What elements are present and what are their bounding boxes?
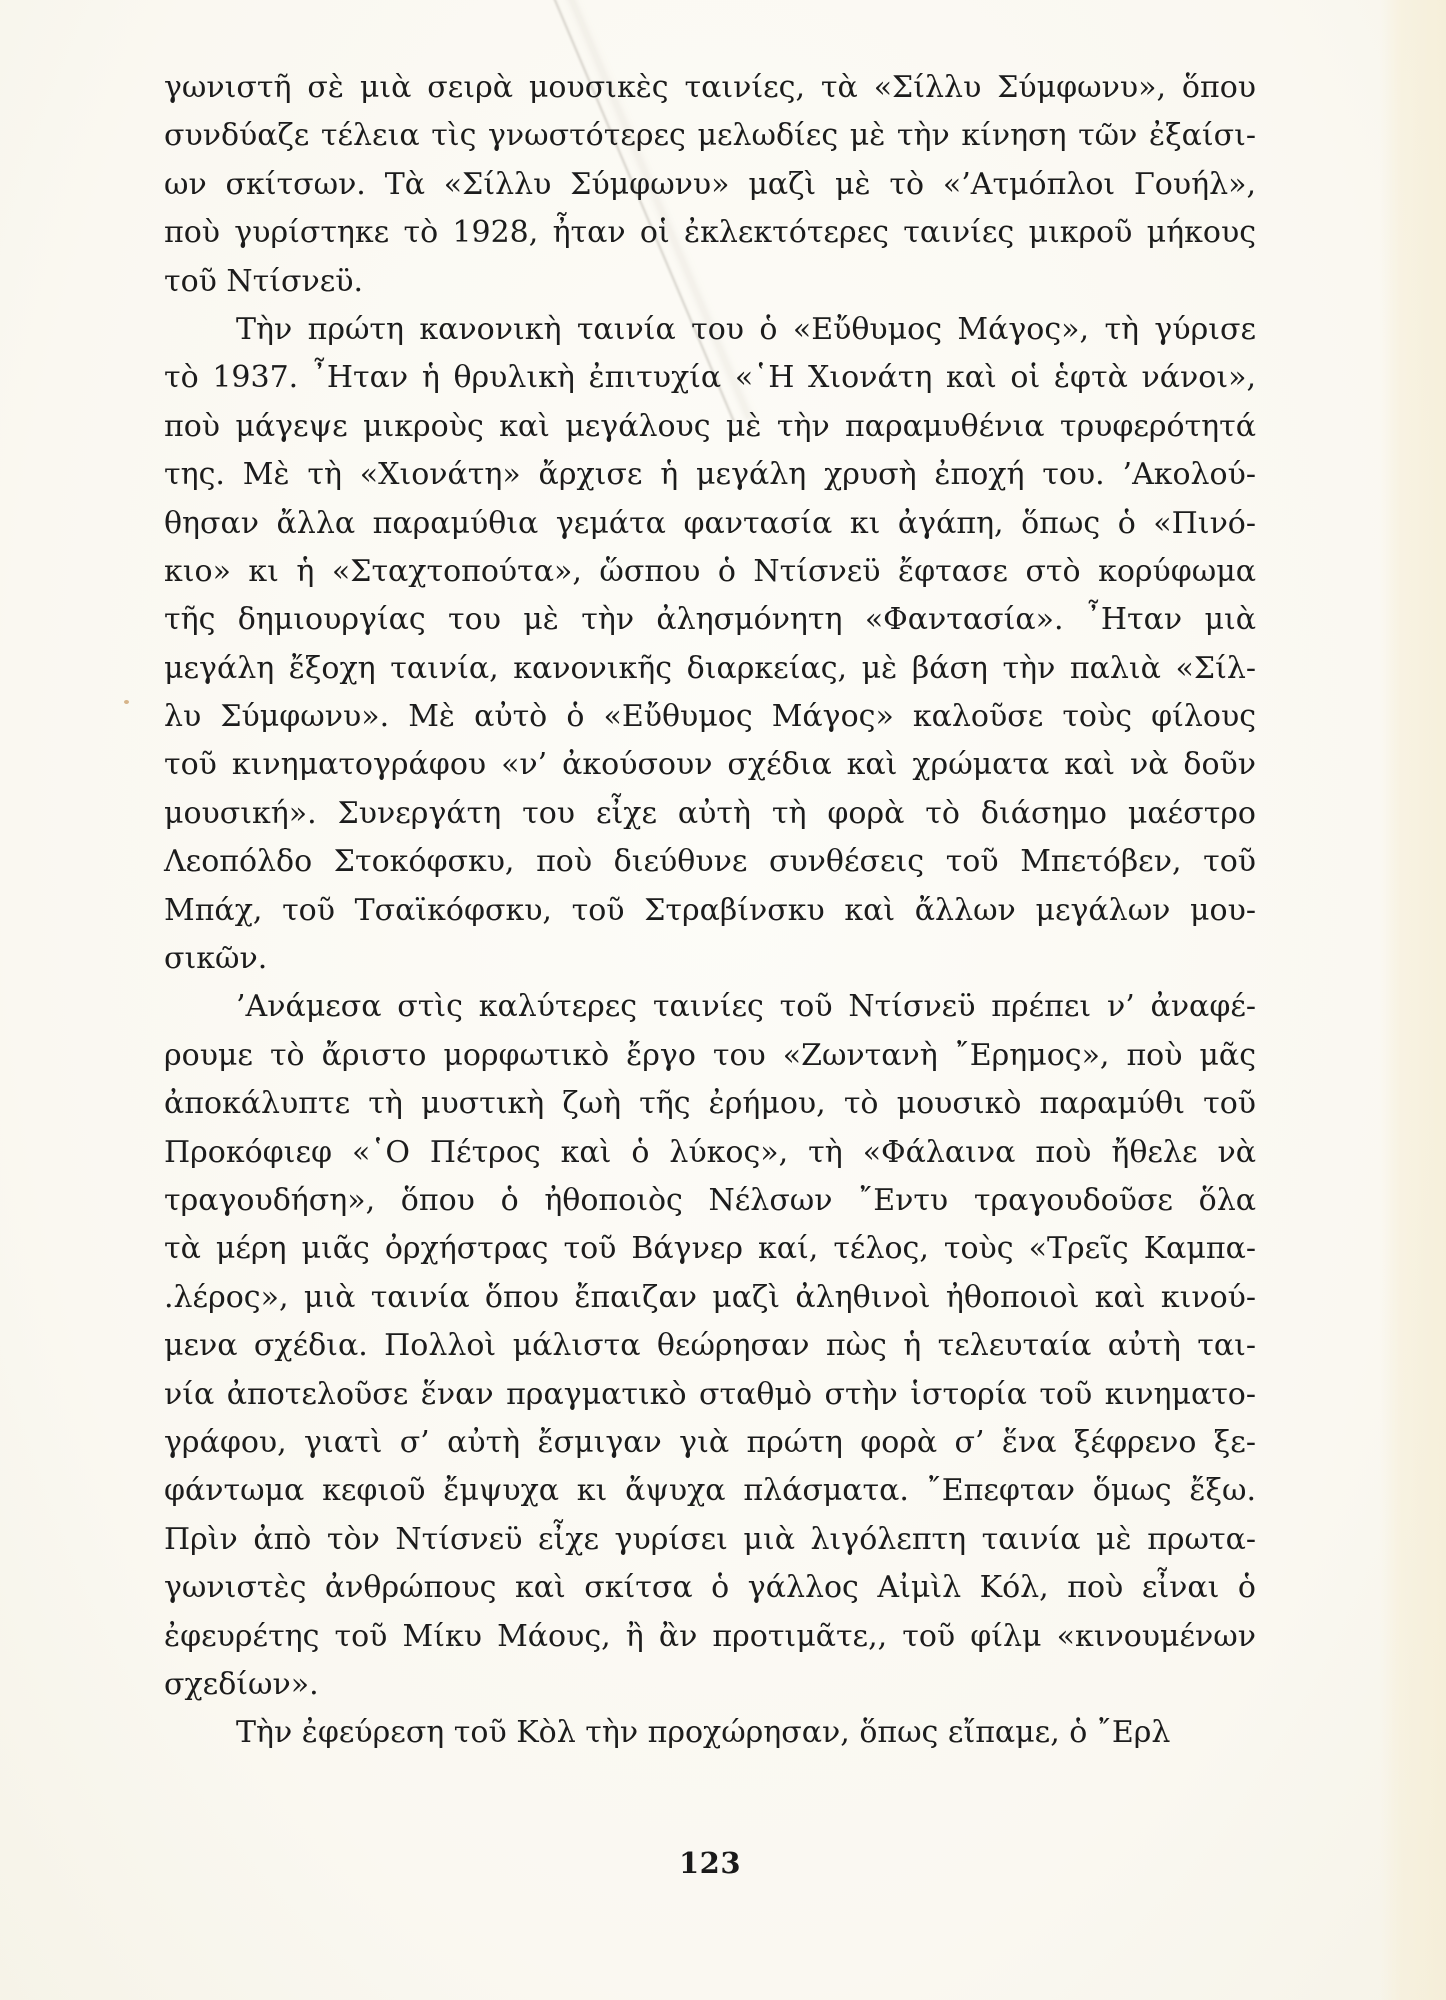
- page-number: 123: [0, 1846, 1420, 1880]
- text-line: ων σκίτσων. Τὰ «Σίλλυ Σύμφωνυ» μαζὶ μὲ τ…: [164, 161, 1256, 209]
- text-line: ἐφευρέτης τοῦ Μίκυ Μάους, ἢ ἂν προτιμᾶτε…: [164, 1613, 1256, 1661]
- text-line: τὸ 1937. ῏Ηταν ἡ θρυλικὴ ἐπιτυχία «῾Η Χι…: [164, 354, 1256, 402]
- text-line: μενα σχέδια. Πολλοὶ μάλιστα θεώρησαν πὼς…: [164, 1322, 1256, 1370]
- text-line: Μπάχ, τοῦ Τσαϊκόφσκυ, τοῦ Στραβίνσκυ καὶ…: [164, 887, 1256, 935]
- text-line: ποὺ γυρίστηκε τὸ 1928, ἦταν οἱ ἐκλεκτότε…: [164, 209, 1256, 257]
- text-line: μεγάλη ἔξοχη ταινία, κανονικῆς διαρκείας…: [164, 645, 1256, 693]
- text-line: .λέρος», μιὰ ταινία ὅπου ἔπαιζαν μαζὶ ἀλ…: [152, 1274, 1256, 1322]
- text-line: Προκόφιεφ «῾Ο Πέτρος καὶ ὁ λύκος», τὴ «Φ…: [164, 1129, 1256, 1177]
- text-line: της. Μὲ τὴ «Χιονάτη» ἄρχισε ἡ μεγάλη χρυ…: [164, 451, 1256, 499]
- text-line: θησαν ἄλλα παραμύθια γεμάτα φαντασία κι …: [164, 500, 1256, 548]
- paper-speck: [124, 700, 129, 704]
- text-line-paragraph-start: Τὴν πρώτη κανονικὴ ταινία του ὁ «Εὔθυμος…: [164, 306, 1256, 354]
- text-line: συνδύαζε τέλεια τὶς γνωστότερες μελωδίες…: [164, 112, 1256, 160]
- text-line: γωνιστὲς ἀνθρώπους καὶ σκίτσα ὁ γάλλος Α…: [164, 1564, 1256, 1612]
- text-line: κιο» κι ἡ «Σταχτοπούτα», ὥσπου ὁ Ντίσνεϋ…: [164, 548, 1256, 596]
- text-line: λυ Σύμφωνυ». Μὲ αὐτὸ ὁ «Εὔθυμος Μάγος» κ…: [164, 693, 1256, 741]
- text-line: τοῦ κινηματογράφου «ν’ ἀκούσουν σχέδια κ…: [164, 741, 1256, 789]
- text-line: γωνιστῆ σὲ μιὰ σειρὰ μουσικὲς ταινίες, τ…: [164, 64, 1256, 112]
- text-line: τῆς δημιουργίας του μὲ τὴν ἀλησμόνητη «Φ…: [164, 596, 1256, 644]
- text-line: ποὺ μάγεψε μικροὺς καὶ μεγάλους μὲ τὴν π…: [164, 403, 1256, 451]
- text-line: νία ἀποτελοῦσε ἕναν πραγματικὸ σταθμὸ στ…: [164, 1371, 1256, 1419]
- text-line: γράφου, γιατὶ σ’ αὐτὴ ἔσμιγαν γιὰ πρώτη …: [164, 1419, 1256, 1467]
- text-line: Πρὶν ἀπὸ τὸν Ντίσνεϋ εἶχε γυρίσει μιὰ λι…: [164, 1516, 1256, 1564]
- text-line: Λεοπόλδο Στοκόφσκυ, ποὺ διεύθυνε συνθέσε…: [164, 838, 1256, 886]
- text-line: τραγουδήση», ὅπου ὁ ἠθοποιὸς Νέλσων ῎Εντ…: [164, 1177, 1256, 1225]
- text-line-paragraph-end: τοῦ Ντίσνεϋ.: [164, 258, 1256, 306]
- text-line: ἀποκάλυπτε τὴ μυστικὴ ζωὴ τῆς ἐρήμου, τὸ…: [164, 1080, 1256, 1128]
- body-text: γωνιστῆ σὲ μιὰ σειρὰ μουσικὲς ταινίες, τ…: [164, 64, 1256, 1758]
- text-line-paragraph-start: ’Ανάμεσα στὶς καλύτερες ταινίες τοῦ Ντίσ…: [164, 983, 1256, 1031]
- text-line: τὰ μέρη μιᾶς ὀρχήστρας τοῦ Βάγνερ καί, τ…: [164, 1225, 1256, 1273]
- text-line: ρουμε τὸ ἄριστο μορφωτικὸ ἔργο του «Ζωντ…: [164, 1032, 1256, 1080]
- text-line-paragraph-end: σικῶν.: [164, 935, 1256, 983]
- text-line: μουσική». Συνεργάτη του εἶχε αὐτὴ τὴ φορ…: [164, 790, 1256, 838]
- text-line: φάντωμα κεφιοῦ ἔμψυχα κι ἄψυχα πλάσματα.…: [164, 1467, 1256, 1515]
- text-line-paragraph-end: σχεδίων».: [164, 1661, 1256, 1709]
- text-line-paragraph-start: Τὴν ἐφεύρεση τοῦ Κὸλ τὴν προχώρησαν, ὅπω…: [164, 1709, 1256, 1757]
